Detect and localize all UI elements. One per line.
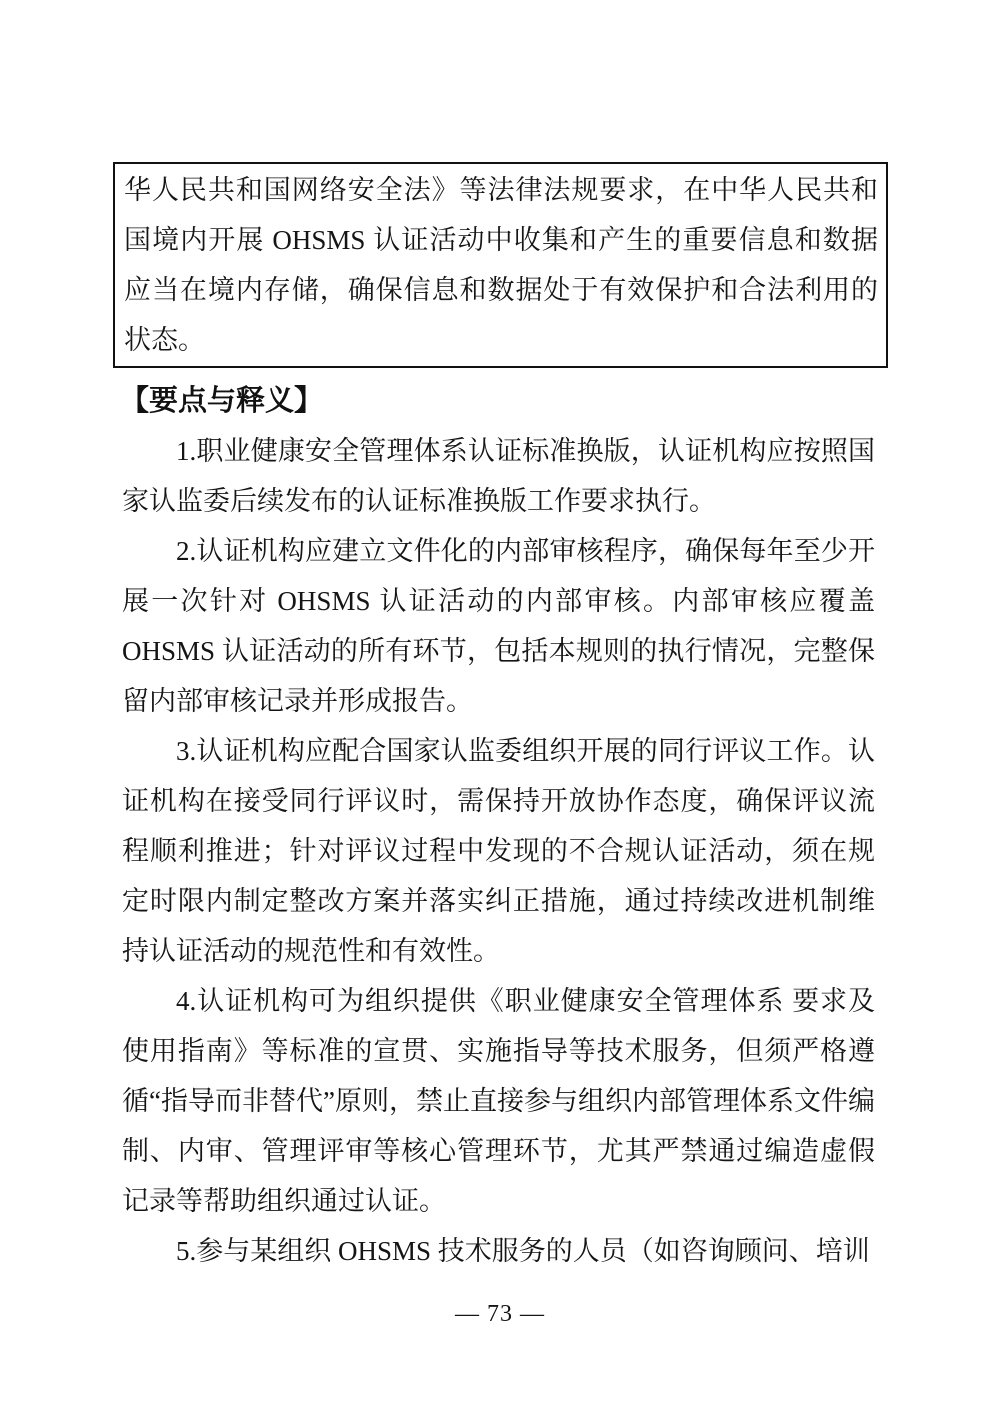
paragraph-4: 4.认证机构可为组织提供《职业健康安全管理体系 要求及使用指南》等标准的宣贯、实… [122,976,875,1226]
paragraph-3: 3.认证机构应配合国家认监委组织开展的同行评议工作。认证机构在接受同行评议时，需… [122,726,875,976]
paragraph-5: 5.参与某组织 OHSMS 技术服务的人员（如咨询顾问、培训 [122,1226,875,1276]
page-content: 华人民共和国网络安全法》等法律法规要求，在中华人民共和国境内开展 OHSMS 认… [113,162,888,1276]
boxed-note-text: 华人民共和国网络安全法》等法律法规要求，在中华人民共和国境内开展 OHSMS 认… [124,165,878,365]
section-heading: 【要点与释义】 [120,376,888,426]
paragraph-2: 2.认证机构应建立文件化的内部审核程序，确保每年至少开展一次针对 OHSMS 认… [122,526,875,726]
paragraph-1: 1.职业健康安全管理体系认证标准换版，认证机构应按照国家认监委后续发布的认证标准… [122,426,875,526]
document-page: 华人民共和国网络安全法》等法律法规要求，在中华人民共和国境内开展 OHSMS 认… [0,0,1000,1414]
boxed-note: 华人民共和国网络安全法》等法律法规要求，在中华人民共和国境内开展 OHSMS 认… [113,162,888,368]
page-number: — 73 — [0,1301,1000,1328]
